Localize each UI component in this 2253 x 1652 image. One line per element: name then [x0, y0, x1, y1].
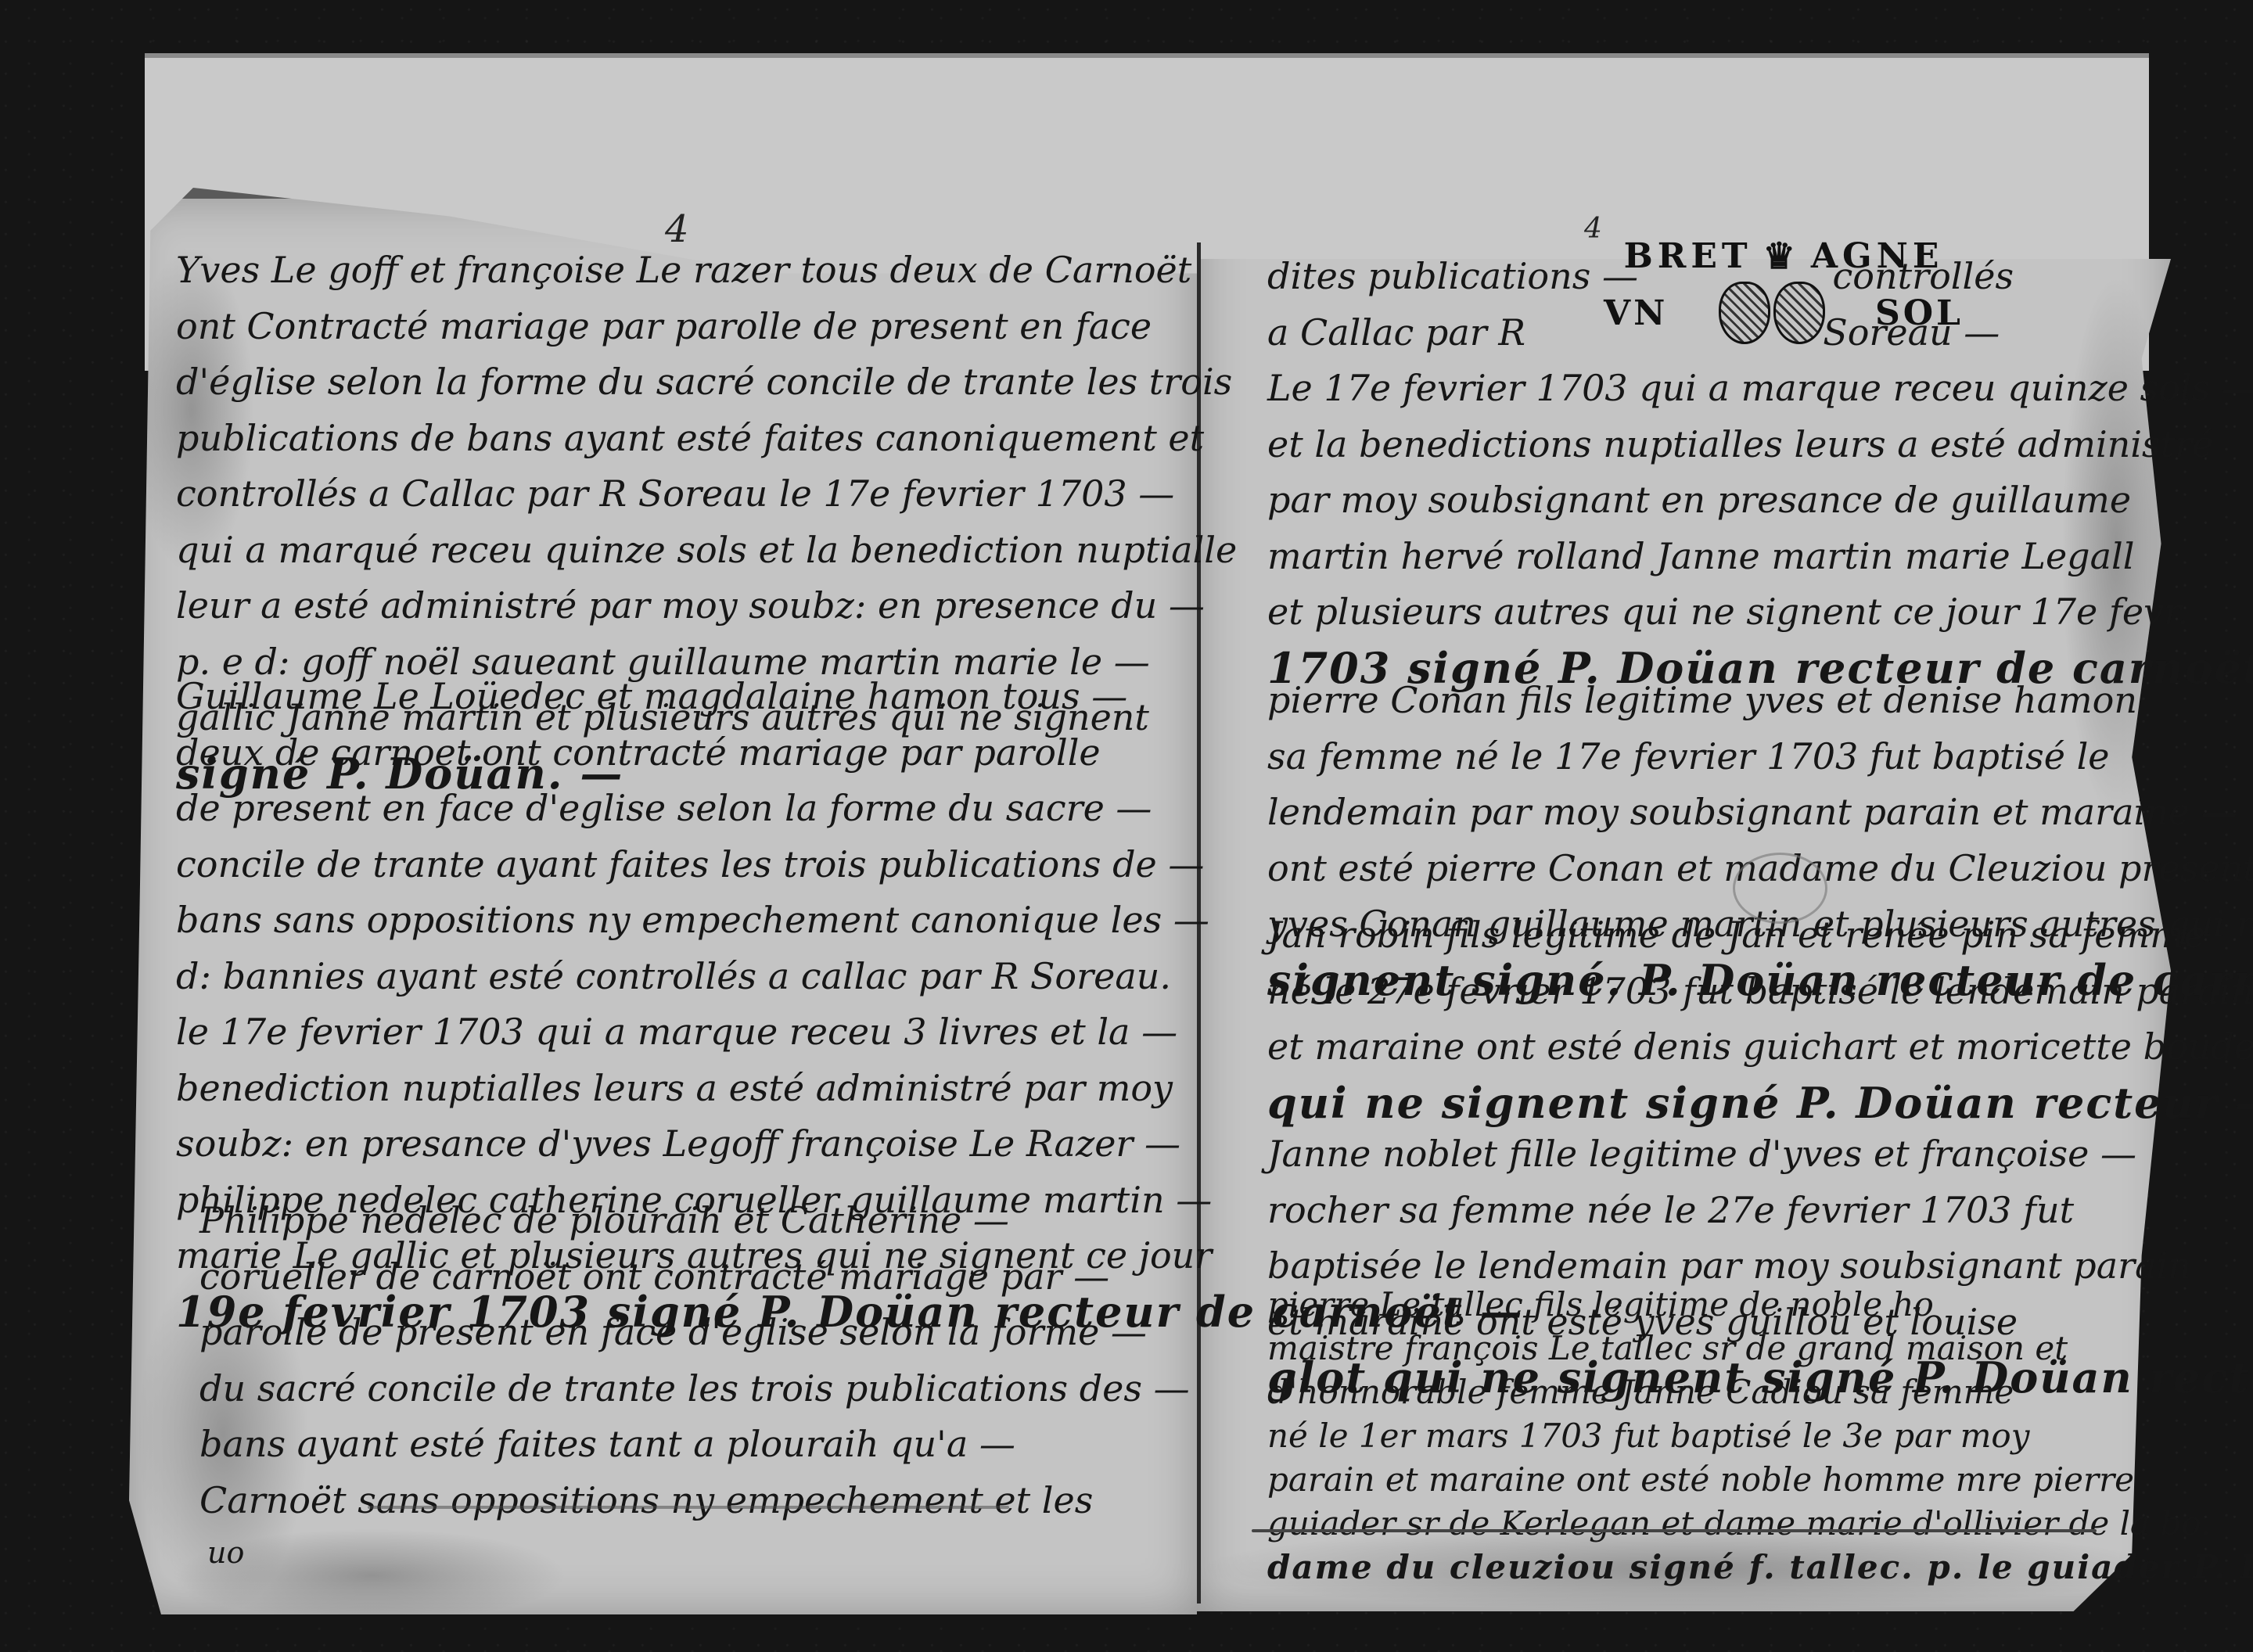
text-line: Jan robin fils legitime de Jan et renée … — [1267, 907, 2253, 964]
text-line: d'honnorable femme Janne Cadiou sa femme — [1267, 1370, 2253, 1414]
text-line: du sacré concile de trante les trois pub… — [199, 1361, 1190, 1417]
text-line: et maraine ont esté denis guichart et mo… — [1267, 1019, 2253, 1076]
text-line: parain et maraine ont esté noble homme m… — [1267, 1458, 2253, 1502]
text-line: maistre françois Le tallec sr de grand m… — [1267, 1327, 2253, 1370]
text-line: leur a esté administré par moy soubz: en… — [176, 578, 1237, 634]
left-footer-fragment: uo — [207, 1525, 244, 1582]
text-line: Janne noblet fille legitime d'yves et fr… — [1267, 1126, 2253, 1183]
text-line: ont Contracté mariage par parolle de pre… — [176, 299, 1237, 355]
left-entry-3: Philippe nedelec de plouraih et Catherin… — [199, 1193, 1190, 1528]
text-line: publications de bans ayant esté faites c… — [176, 411, 1237, 467]
right-entry-1-continued: dites publications — controllés a Callac… — [1267, 249, 2253, 696]
text-line: Carnoët sans oppositions ny empechement … — [199, 1473, 1190, 1529]
text-line: qui a marqué receu quinze sols et la ben… — [176, 523, 1237, 579]
text-line: martin hervé rolland Janne martin marie … — [1267, 529, 2253, 585]
right-entry-5: pierre Le tallec fils legitime de noble … — [1267, 1283, 2253, 1589]
text-line: corueller de carnoët ont contracté maria… — [199, 1249, 1190, 1305]
text-line: bans ayant esté faites tant a plouraih q… — [199, 1417, 1190, 1473]
text-line: Yves Le goff et françoise Le razer tous … — [176, 242, 1237, 299]
closing-rule — [368, 1506, 1009, 1509]
text-line: par moy soubsignant en presance de guill… — [1267, 472, 2253, 529]
text-line: d'église selon la forme du sacré concile… — [176, 354, 1237, 411]
text-line: dites publications — controllés — [1267, 249, 2253, 305]
text-line: né le 27e fevrier 1703 fut baptisé le le… — [1267, 964, 2253, 1020]
text-line: pierre Le tallec fils legitime de noble … — [1267, 1283, 2253, 1327]
text-line: et la benedictions nuptialles leurs a es… — [1267, 417, 2253, 473]
text-line: Le 17e fevrier 1703 qui a marque receu q… — [1267, 361, 2253, 417]
right-entry-3: Jan robin fils legitime de Jan et renée … — [1267, 907, 2253, 1131]
text-line: pierre Conan fils legitime yves et denis… — [1267, 673, 2253, 729]
text-line: et plusieurs autres qui ne signent ce jo… — [1267, 584, 2253, 641]
signature-line: dame du cleuziou signé f. tallec. p. le … — [1267, 1546, 2253, 1589]
text-line: lendemain par moy soubsignant parain et … — [1267, 785, 2253, 841]
text-line: controllés a Callac par R Soreau le 17e … — [176, 466, 1237, 523]
signature-line: qui ne signent signé P. Doüan recteur — — [1267, 1076, 2253, 1132]
text-line: rocher sa femme née le 27e fevrier 1703 … — [1267, 1183, 2253, 1239]
text-line: parolle de present en face d'eglise selo… — [199, 1305, 1190, 1361]
text-line: né le 1er mars 1703 fut baptisé le 3e pa… — [1267, 1414, 2253, 1458]
closing-rule — [1252, 1529, 2097, 1532]
text-line: Philippe nedelec de plouraih et Catherin… — [199, 1193, 1190, 1249]
text-line: guiader sr de Kerlegan et dame marie d'o… — [1267, 1502, 2253, 1546]
text-line: a Callac par R Soreau — — [1267, 305, 2253, 361]
text-line: sa femme né le 17e fevrier 1703 fut bapt… — [1267, 729, 2253, 785]
